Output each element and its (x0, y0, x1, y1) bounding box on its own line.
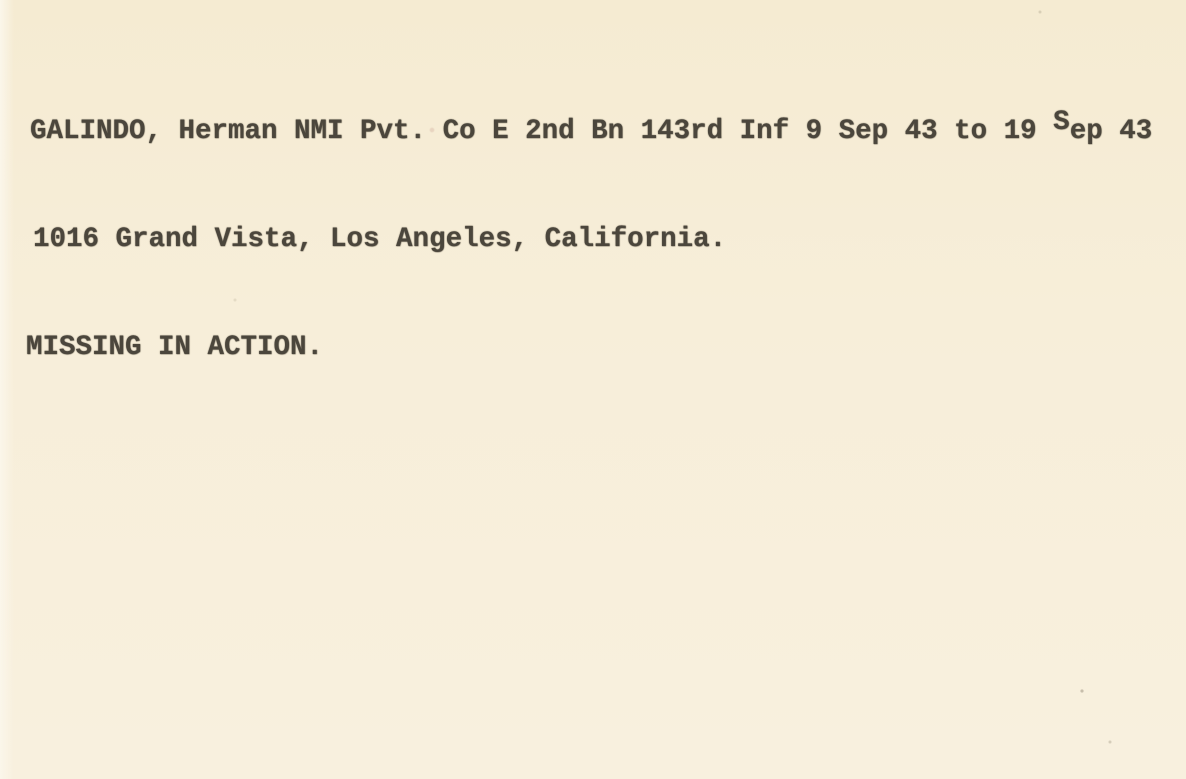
raised-capital-s: S (1053, 105, 1070, 141)
service-record-line: GALINDO, Herman NMI Pvt. Co E 2nd Bn 143… (30, 114, 1152, 150)
service-record-text-end: ep 43 (1070, 116, 1153, 147)
scanned-index-card: GALINDO, Herman NMI Pvt. Co E 2nd Bn 143… (0, 0, 1186, 779)
typed-text-block: GALINDO, Herman NMI Pvt. Co E 2nd Bn 143… (26, 42, 1152, 438)
status-line: MISSING IN ACTION. (26, 330, 1152, 366)
address-line: 1016 Grand Vista, Los Angeles, Californi… (33, 222, 1152, 258)
service-record-text: GALINDO, Herman NMI Pvt. Co E 2nd Bn 143… (30, 116, 1053, 147)
